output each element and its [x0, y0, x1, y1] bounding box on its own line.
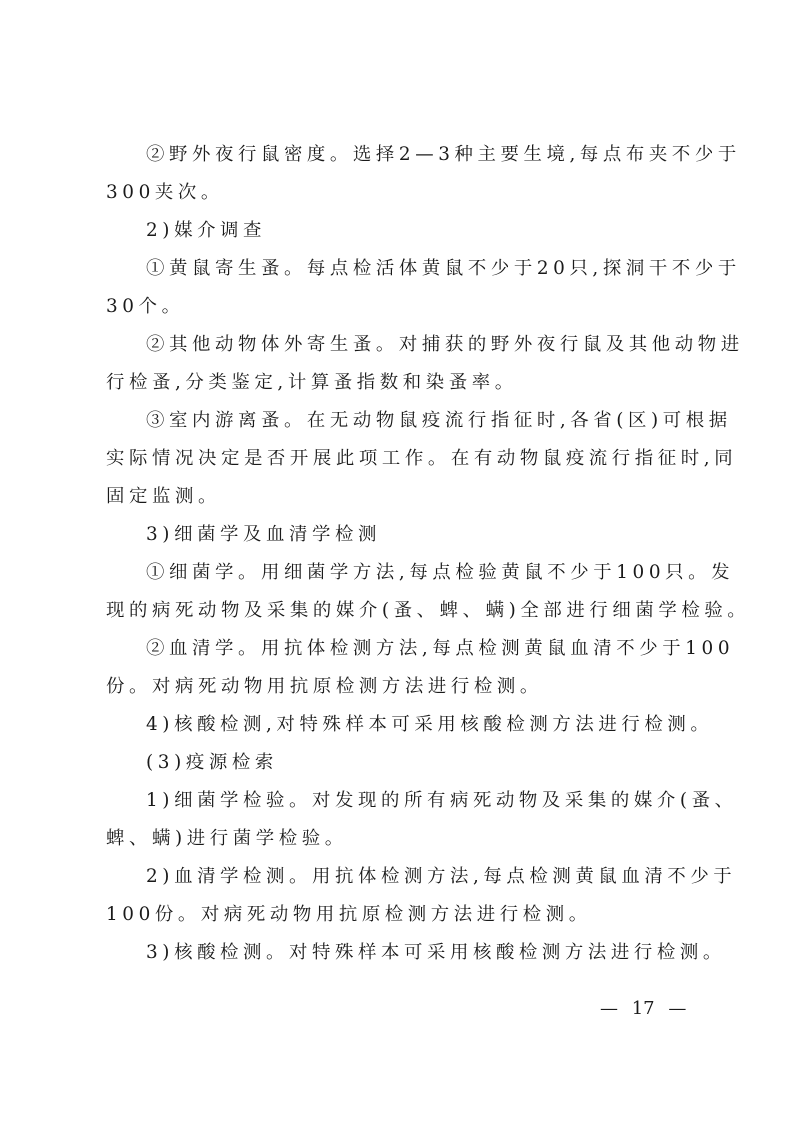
text-line: 蜱、螨)进行菌学检验。	[106, 820, 348, 858]
text-line: 300夹次。	[106, 174, 224, 212]
text-line: 30个。	[106, 288, 185, 326]
text-line: 1)细菌学检验。对发现的所有病死动物及采集的媒介(蚤、	[146, 782, 738, 820]
page-dash-right: —	[668, 998, 686, 1019]
section-heading: (3)疫源检索	[146, 744, 278, 782]
section-heading: 2)媒介调查	[146, 212, 266, 250]
text-line: ②野外夜行鼠密度。选择2—3种主要生境,每点布夹不少于	[146, 136, 741, 174]
page-number: — 17 —	[592, 998, 694, 1019]
text-line: 2)血清学检测。用抗体检测方法,每点检测黄鼠血清不少于	[146, 858, 736, 896]
text-line: 固定监测。	[106, 478, 221, 516]
text-line: 3)核酸检测。对特殊样本可采用核酸检测方法进行检测。	[146, 934, 726, 972]
text-line: 行检蚤,分类鉴定,计算蚤指数和染蚤率。	[106, 364, 518, 402]
text-line: ③室内游离蚤。在无动物鼠疫流行指征时,各省(区)可根据	[146, 402, 732, 440]
text-line: 4)核酸检测,对特殊样本可采用核酸检测方法进行检测。	[146, 706, 713, 744]
page-number-value: 17	[632, 998, 655, 1019]
text-line: ②其他动物体外寄生蚤。对捕获的野外夜行鼠及其他动物进	[146, 326, 744, 364]
text-line: 份。对病死动物用抗原检测方法进行检测。	[106, 668, 543, 706]
text-line: 现的病死动物及采集的媒介(蚤、蜱、螨)全部进行细菌学检验。	[106, 592, 750, 630]
text-line: ②血清学。用抗体检测方法,每点检测黄鼠血清不少于100	[146, 630, 734, 668]
text-line: ①细菌学。用细菌学方法,每点检验黄鼠不少于100只。发	[146, 554, 734, 592]
text-line: ①黄鼠寄生蚤。每点检活体黄鼠不少于20只,探洞干不少于	[146, 250, 741, 288]
section-heading: 3)细菌学及血清学检测	[146, 516, 381, 554]
text-line: 实际情况决定是否开展此项工作。在有动物鼠疫流行指征时,同	[106, 440, 737, 478]
page-dash-left: —	[600, 998, 618, 1019]
text-line: 100份。对病死动物用抗原检测方法进行检测。	[106, 896, 592, 934]
